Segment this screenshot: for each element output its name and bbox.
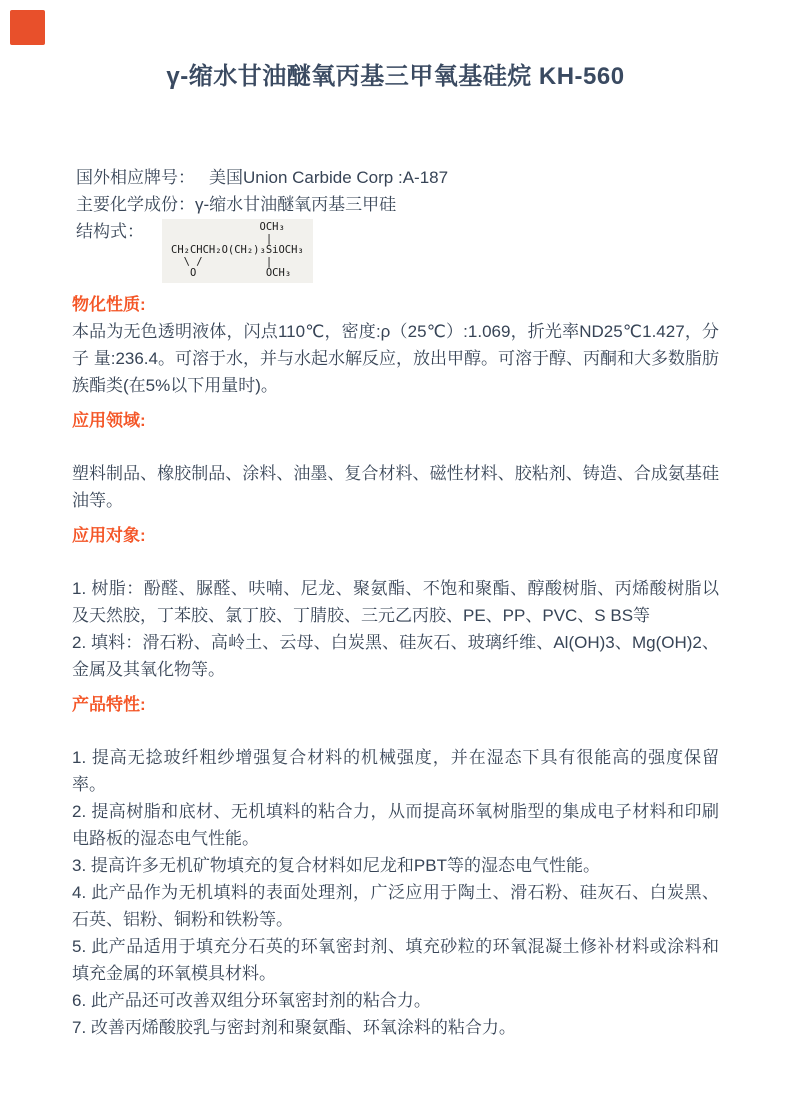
chemical-structure-image: OCH₃ | CH₂CHCH₂O(CH₂)₃SiOCH₃ \ / | O OCH… <box>162 219 313 283</box>
info-label-structure: 结构式： <box>76 218 144 245</box>
page-title: γ-缩水甘油醚氧丙基三甲氧基硅烷 KH-560 <box>20 60 771 94</box>
section-heading-physical-properties: 物化性质: <box>72 291 719 318</box>
document-page: γ-缩水甘油醚氧丙基三甲氧基硅烷 KH-560 国外相应牌号： 美国Union … <box>0 0 791 1116</box>
section-heading-product-features: 产品特性: <box>72 691 719 718</box>
feature-item-6: 6. 此产品还可改善双组分环氧密封剂的粘合力。 <box>72 987 719 1014</box>
section-heading-application-fields: 应用领域: <box>72 407 719 434</box>
section-application-targets: 应用对象: 1. 树脂：酚醛、脲醛、呋喃、尼龙、聚氨酯、不饱和聚酯、醇酸树脂、丙… <box>72 522 719 683</box>
paragraph-application-fields: 塑料制品、橡胶制品、涂料、油墨、复合材料、磁性材料、胶粘剂、铸造、合成氨基硅油等… <box>72 460 719 514</box>
info-label-composition: 主要化学成份： <box>76 191 195 218</box>
list-item-resins: 1. 树脂：酚醛、脲醛、呋喃、尼龙、聚氨酯、不饱和聚酯、醇酸树脂、丙烯酸树脂以及… <box>72 575 719 629</box>
list-item-fillers: 2. 填料：滑石粉、高岭土、云母、白炭黑、硅灰石、玻璃纤维、Al(OH)3、Mg… <box>72 629 719 683</box>
info-row-structure: 结构式： OCH₃ | CH₂CHCH₂O(CH₂)₃SiOCH₃ \ / | … <box>76 218 721 283</box>
section-application-fields: 应用领域: 塑料制品、橡胶制品、涂料、油墨、复合材料、磁性材料、胶粘剂、铸造、合… <box>72 407 719 514</box>
info-value-composition: γ-缩水甘油醚氧丙基三甲硅 <box>195 191 396 218</box>
logo-square <box>10 10 45 45</box>
product-info: 国外相应牌号： 美国Union Carbide Corp :A-187 主要化学… <box>76 164 721 283</box>
info-value-brand: 美国Union Carbide Corp :A-187 <box>209 164 448 191</box>
feature-item-7: 7. 改善丙烯酸胶乳与密封剂和聚氨酯、环氧涂料的粘合力。 <box>72 1014 719 1041</box>
paragraph-physical-properties: 本品为无色透明液体，闪点110℃，密度:ρ（25℃）:1.069，折光率ND25… <box>72 318 719 399</box>
info-row-composition: 主要化学成份： γ-缩水甘油醚氧丙基三甲硅 <box>76 191 721 218</box>
feature-item-3: 3. 提高许多无机矿物填充的复合材料如尼龙和PBT等的湿态电气性能。 <box>72 852 719 879</box>
feature-item-2: 2. 提高树脂和底材、无机填料的粘合力，从而提高环氧树脂型的集成电子材料和印刷电… <box>72 798 719 852</box>
info-label-brand: 国外相应牌号： <box>76 164 195 191</box>
feature-item-1: 1. 提高无捻玻纤粗纱增强复合材料的机械强度，并在湿态下具有很能高的强度保留率。 <box>72 744 719 798</box>
section-product-features: 产品特性: 1. 提高无捻玻纤粗纱增强复合材料的机械强度，并在湿态下具有很能高的… <box>72 691 719 1041</box>
section-physical-properties: 物化性质: 本品为无色透明液体，闪点110℃，密度:ρ（25℃）:1.069，折… <box>72 291 719 399</box>
feature-item-5: 5. 此产品适用于填充分石英的环氧密封剂、填充砂粒的环氧混凝土修补材料或涂料和填… <box>72 933 719 987</box>
section-heading-application-targets: 应用对象: <box>72 522 719 549</box>
info-row-brand: 国外相应牌号： 美国Union Carbide Corp :A-187 <box>76 164 721 191</box>
feature-item-4: 4. 此产品作为无机填料的表面处理剂，广泛应用于陶土、滑石粉、硅灰石、白炭黑、石… <box>72 879 719 933</box>
